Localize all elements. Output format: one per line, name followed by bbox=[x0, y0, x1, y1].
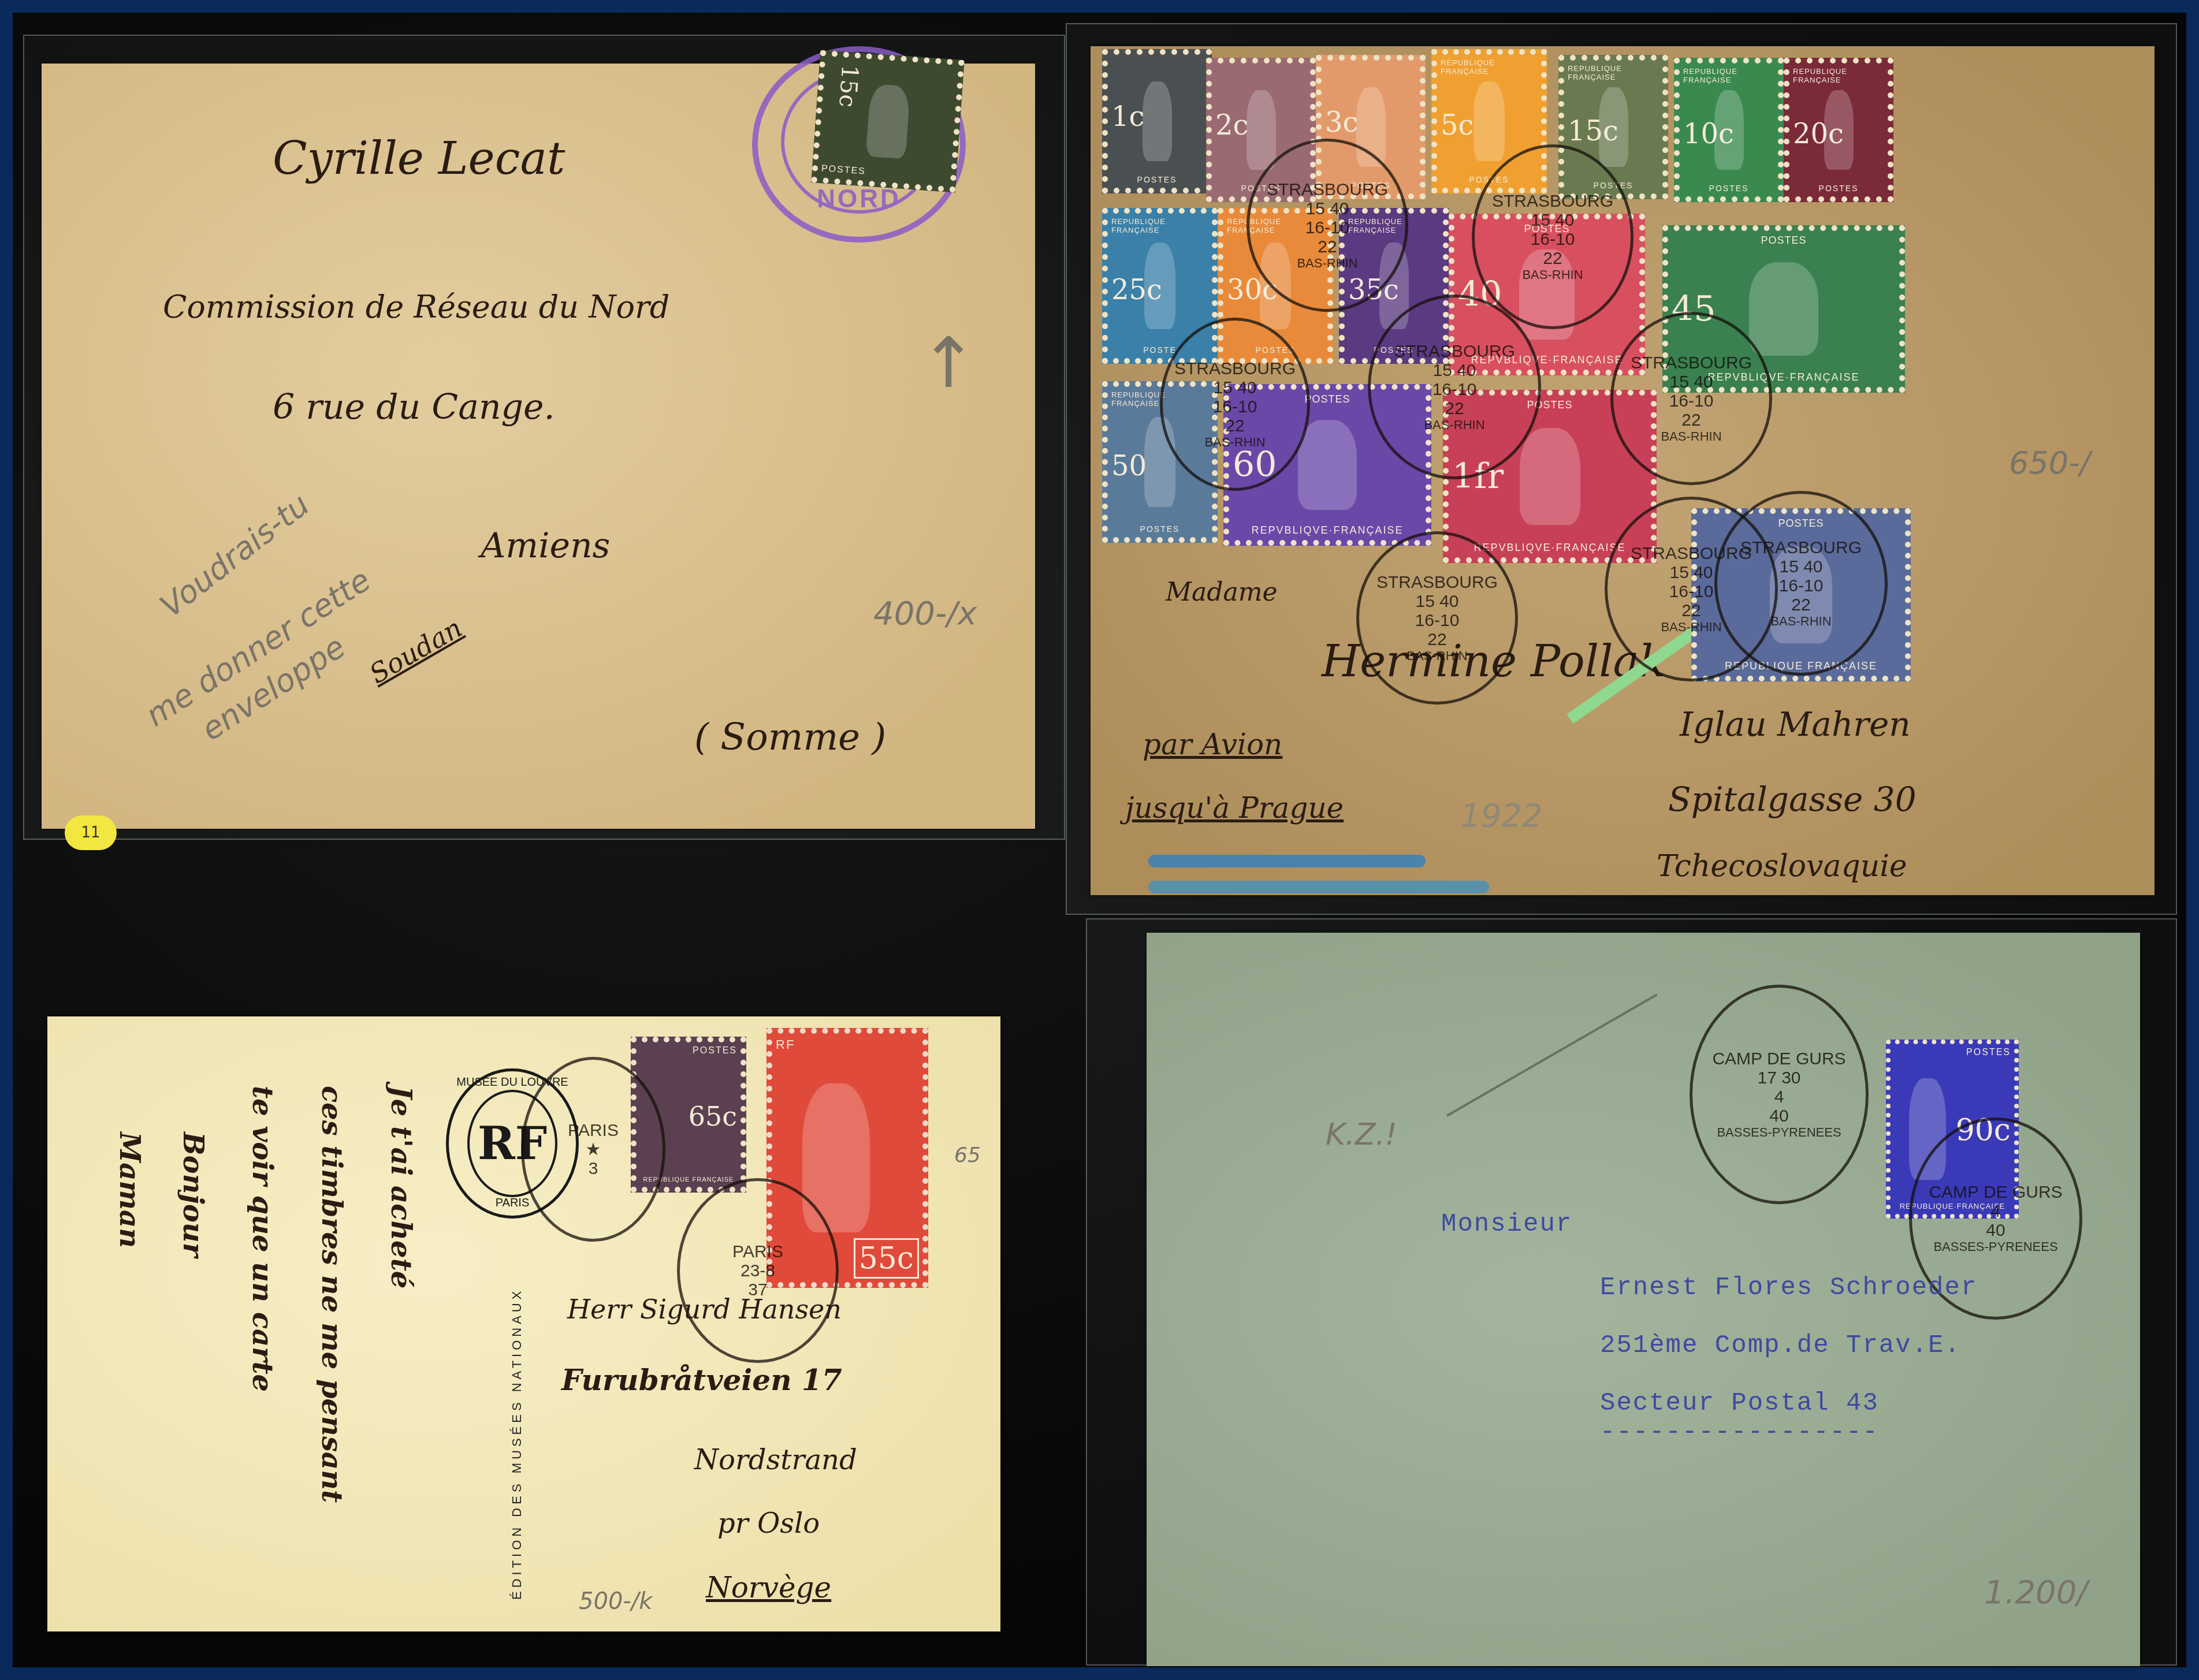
cover-lecat-envelope[interactable]: NORD 15c POSTES Cyrille Lecat Commission… bbox=[42, 64, 1035, 829]
yellow-sticker: 11 bbox=[65, 815, 117, 850]
address-line-4: Norvège bbox=[706, 1571, 831, 1604]
vertical-imprint: ÉDITION DES MUSÉES NATIONAUX bbox=[509, 1288, 524, 1600]
routing-line-2: jusqu'à Prague bbox=[1125, 791, 1344, 825]
paris-louvre-cancel-2: PARIS23-837 bbox=[677, 1178, 839, 1363]
message-line: Bonjour bbox=[177, 1132, 209, 1257]
message-line: Je t'ai acheté bbox=[385, 1086, 417, 1288]
stamp-10c[interactable]: REPUBLIQUE FRANÇAISE 10c POSTES bbox=[1674, 58, 1784, 202]
signature: Soudan bbox=[364, 612, 467, 690]
pencil-note: 65 bbox=[954, 1143, 981, 1167]
strasbourg-cancel: STRASBOURG15 4016-1022BAS-RHIN bbox=[1368, 295, 1541, 479]
typed-line-3: 251ème Comp.de Trav.E. bbox=[1600, 1331, 1961, 1360]
stamp-20c[interactable]: REPUBLIQUE FRANÇAISE 20c POSTES bbox=[1784, 58, 1893, 202]
stamp-value: 15c bbox=[834, 64, 863, 108]
pencil-price: 400-/x bbox=[873, 595, 977, 632]
strasbourg-cancel: STRASBOURG15 4016-1022BAS-RHIN bbox=[1356, 531, 1518, 705]
address-line-3: Tchecoslovaquie bbox=[1657, 849, 1907, 884]
blue-crayon-line-1 bbox=[1148, 855, 1426, 867]
recipient-title: Madame bbox=[1166, 578, 1277, 607]
address-line-3: Amiens bbox=[481, 526, 610, 566]
address-line-1: Commission de Réseau du Nord bbox=[163, 289, 669, 325]
address-line-4: ( Somme ) bbox=[694, 716, 886, 759]
typed-underline: ----------------- bbox=[1600, 1418, 1879, 1447]
address-line-2: 6 rue du Cange. bbox=[273, 387, 555, 427]
cover-gurs-envelope[interactable]: CAMP DE GURS17 30440BASSES-PYRENEES POST… bbox=[1147, 933, 2140, 1666]
pencil-note-kz: K.Z.! bbox=[1326, 1117, 1397, 1152]
message-line: Maman bbox=[113, 1132, 146, 1248]
pencil-year: 1922 bbox=[1460, 797, 1543, 835]
pencil-up-arrow: ↑ bbox=[920, 323, 978, 404]
address-line-1: Furubråtveien 17 bbox=[561, 1363, 842, 1397]
paris-louvre-cancel-1: PARIS★3 bbox=[521, 1057, 665, 1242]
pencil-price: 500-/k bbox=[579, 1588, 652, 1615]
address-line-1: Iglau Mahren bbox=[1680, 705, 1911, 744]
recipient-name: Herr Sigurd Hansen bbox=[567, 1294, 842, 1325]
address-line-2: Nordstrand bbox=[694, 1444, 857, 1476]
address-line-2: Spitalgasse 30 bbox=[1668, 780, 1917, 819]
recipient-name: Cyrille Lecat bbox=[273, 133, 565, 185]
pencil-price: 1.200/ bbox=[1984, 1574, 2088, 1611]
message-line: te voir que un carte bbox=[246, 1086, 278, 1392]
cover-louvre-postcard[interactable]: MUSÉE DU LOUVRE RF PARIS POSTES 65c REPU… bbox=[47, 1016, 1000, 1631]
strasbourg-cancel: STRASBOURG15 4016-1022BAS-RHIN bbox=[1714, 491, 1888, 676]
routing-line-1: par Avion bbox=[1143, 728, 1282, 761]
strasbourg-cancel: STRASBOURG15 4016-1022BAS-RHIN bbox=[1610, 312, 1772, 485]
stamp-label: POSTES bbox=[821, 163, 866, 177]
stamp-15c-semeuse[interactable]: 15c POSTES bbox=[811, 50, 964, 193]
address-line-3: pr Oslo bbox=[717, 1507, 820, 1540]
strasbourg-cancel: STRASBOURG15 4016-1022BAS-RHIN bbox=[1472, 144, 1634, 329]
typed-line-2: Ernest Flores Schroeder bbox=[1600, 1273, 1977, 1302]
pencil-arrow-icon bbox=[1446, 993, 1658, 1116]
strasbourg-cancel: STRASBOURG15 4016-1022BAS-RHIN bbox=[1247, 139, 1408, 312]
blue-crayon-line-2 bbox=[1148, 881, 1489, 893]
typed-line-1: Monsieur bbox=[1441, 1210, 1572, 1239]
pencil-price: 650-/ bbox=[2009, 445, 2090, 481]
cover-pollak-airmail-envelope[interactable]: Madame Hermine Pollak par Avion jusqu'à … bbox=[1091, 46, 2155, 895]
stamp-1c[interactable]: 1c POSTES bbox=[1102, 49, 1212, 193]
message-line: ces timbres ne me pensant bbox=[315, 1086, 348, 1503]
camp-de-gurs-cancel-1: CAMP DE GURS17 30440BASSES-PYRENEES bbox=[1690, 985, 1869, 1204]
strasbourg-cancel: STRASBOURG15 4016-1022BAS-RHIN bbox=[1160, 318, 1310, 491]
typed-line-4: Secteur Postal 43 bbox=[1600, 1389, 1879, 1418]
